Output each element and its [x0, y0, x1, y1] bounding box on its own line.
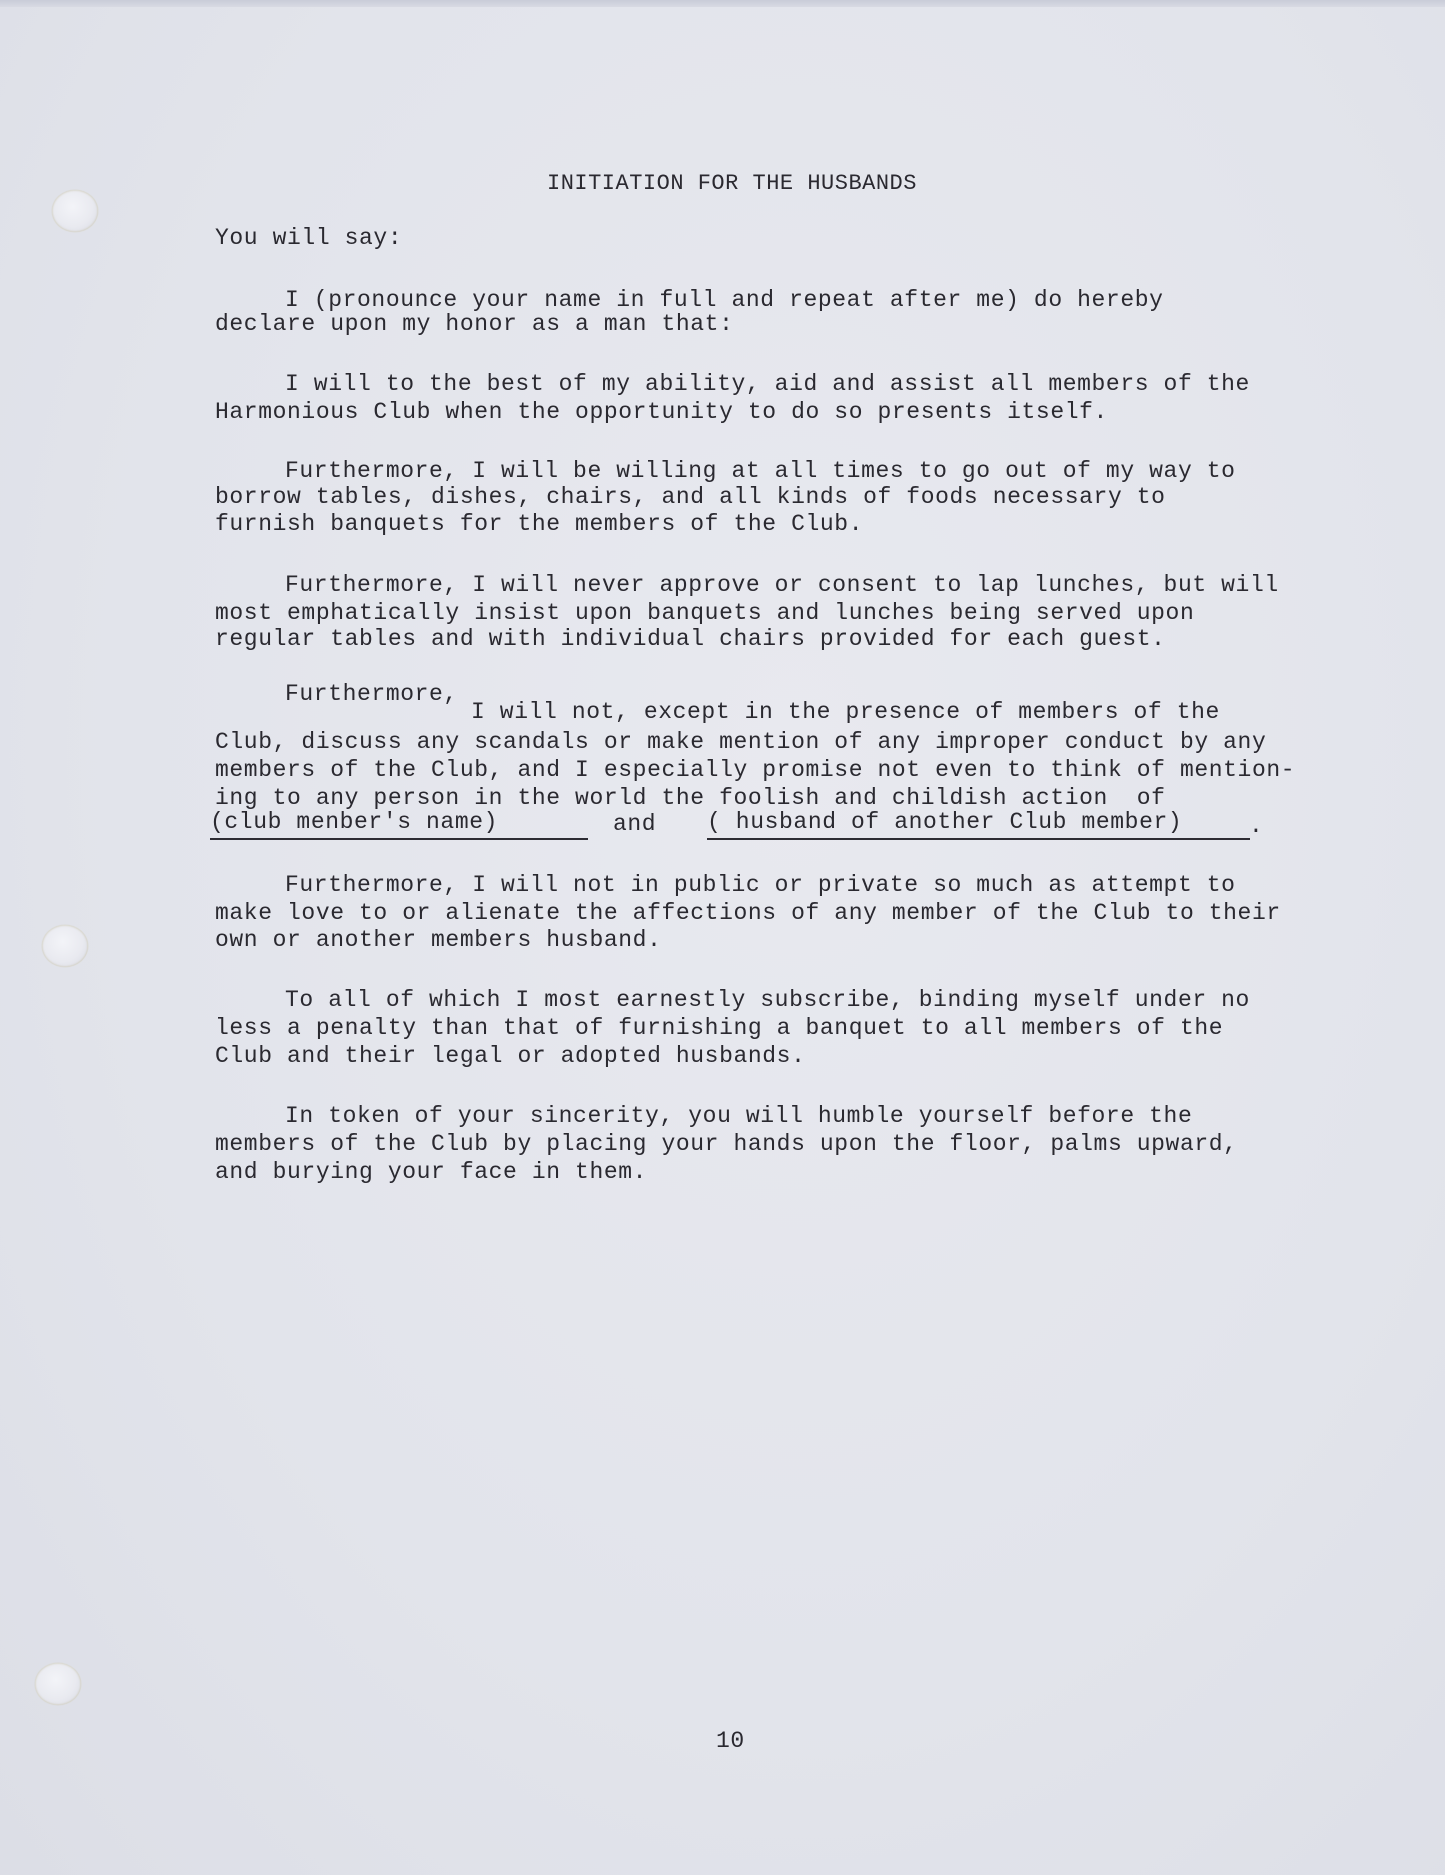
paragraph-5-line-1: I will not, except in the presence of me… — [471, 698, 1220, 726]
paragraph-4-line-2: most emphatically insist upon banquets a… — [215, 599, 1194, 627]
punch-hole-middle — [42, 925, 88, 967]
punch-hole-bottom — [35, 1663, 81, 1705]
paragraph-8-line-3: and burying your face in them. — [215, 1158, 647, 1186]
intro-line: You will say: — [215, 224, 402, 252]
paper-top-edge — [0, 0, 1445, 7]
page-number: 10 — [716, 1727, 745, 1755]
paragraph-5-lead: Furthermore, — [285, 680, 458, 708]
husband-name-blank: ( husband of another Club member) — [707, 808, 1250, 840]
paragraph-2-line-1: I will to the best of my ability, aid an… — [285, 370, 1250, 398]
paragraph-1-line-2: declare upon my honor as a man that: — [215, 310, 733, 338]
paragraph-5-line-3: members of the Club, and I especially pr… — [215, 756, 1295, 784]
paragraph-8-line-2: members of the Club by placing your hand… — [215, 1130, 1238, 1158]
paragraph-6-line-2: make love to or alienate the affections … — [215, 899, 1281, 927]
paragraph-2-line-2: Harmonious Club when the opportunity to … — [215, 398, 1108, 426]
paragraph-6-line-1: Furthermore, I will not in public or pri… — [285, 871, 1236, 899]
paragraph-6-line-3: own or another members husband. — [215, 926, 661, 954]
conjunction-and: and — [613, 810, 656, 838]
paragraph-5-line-2: Club, discuss any scandals or make menti… — [215, 728, 1266, 756]
paragraph-3-line-3: furnish banquets for the members of the … — [215, 510, 863, 538]
paragraph-4-line-1: Furthermore, I will never approve or con… — [285, 571, 1279, 599]
paragraph-7-line-2: less a penalty than that of furnishing a… — [215, 1014, 1223, 1042]
page-title: INITIATION FOR THE HUSBANDS — [547, 170, 917, 198]
paragraph-3-line-1: Furthermore, I will be willing at all ti… — [285, 457, 1236, 485]
paragraph-4-line-3: regular tables and with individual chair… — [215, 625, 1166, 653]
paragraph-3-line-2: borrow tables, dishes, chairs, and all k… — [215, 483, 1166, 511]
punch-hole-top — [52, 190, 98, 232]
paragraph-7-line-3: Club and their legal or adopted husbands… — [215, 1042, 806, 1070]
paragraph-8-line-1: In token of your sincerity, you will hum… — [285, 1102, 1192, 1130]
paragraph-7-line-1: To all of which I most earnestly subscri… — [285, 986, 1250, 1014]
club-member-name-blank: (club menber's name) — [210, 808, 588, 840]
sentence-period: . — [1249, 812, 1263, 840]
